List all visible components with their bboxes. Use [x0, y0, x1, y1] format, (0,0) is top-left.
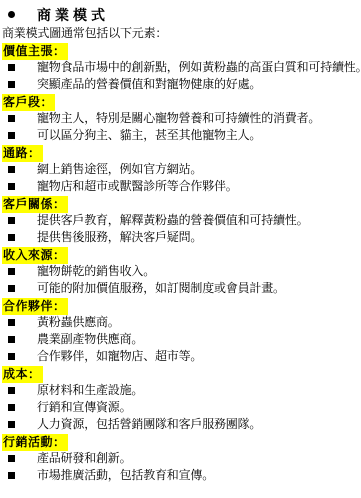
section-heading: 合作夥伴： — [2, 298, 68, 315]
section-heading: 收入來源： — [2, 247, 68, 264]
section-heading-row: 收入來源： — [2, 246, 359, 263]
square-bullet-icon — [8, 268, 15, 275]
list-item-text: 寵物店和超市或獸醫診所等合作夥伴。 — [37, 178, 238, 195]
square-bullet-icon — [8, 217, 15, 224]
list-item: 網上銷售途徑，例如官方網站。 — [2, 161, 359, 178]
section-heading: 成本： — [2, 366, 43, 383]
list-item-text: 寵物食品市場中的創新點，例如黃粉蟲的高蛋白質和可持續性。 — [37, 59, 361, 76]
list-item: 提供客戶教育，解釋黃粉蟲的營養價值和可持續性。 — [2, 212, 359, 229]
list-item: 突顯產品的營養價值和對寵物健康的好處。 — [2, 76, 359, 93]
list-item: 產品研發和創新。 — [2, 450, 359, 467]
list-item: 寵物食品市場中的創新點，例如黃粉蟲的高蛋白質和可持續性。 — [2, 59, 359, 76]
list-item: 提供售後服務，解決客戶疑問。 — [2, 229, 359, 246]
list-item: 原材料和生產設施。 — [2, 382, 359, 399]
list-item-text: 產品研發和創新。 — [37, 450, 131, 467]
list-item-text: 合作夥伴，如寵物店、超市等。 — [37, 348, 202, 365]
section-heading-row: 合作夥伴： — [2, 297, 359, 314]
square-bullet-icon — [8, 421, 15, 428]
section: 收入來源：寵物餅乾的銷售收入。可能的附加價值服務，如訂閱制度或會員計畫。 — [2, 246, 359, 297]
list-item: 行銷和宣傳資源。 — [2, 399, 359, 416]
circle-bullet-icon — [8, 11, 15, 18]
list-item-text: 提供客戶教育，解釋黃粉蟲的營養價值和可持續性。 — [37, 212, 308, 229]
square-bullet-icon — [8, 132, 15, 139]
square-bullet-icon — [8, 472, 15, 479]
section: 客戶關係：提供客戶教育，解釋黃粉蟲的營養價值和可持續性。提供售後服務，解決客戶疑… — [2, 195, 359, 246]
section-heading-row: 行銷活動： — [2, 433, 359, 450]
list-item: 寵物主人，特別是關心寵物營養和可持續性的消費者。 — [2, 110, 359, 127]
square-bullet-icon — [8, 387, 15, 394]
section: 合作夥伴：黃粉蟲供應商。農業副產物供應商。合作夥伴，如寵物店、超市等。 — [2, 297, 359, 365]
list-item-text: 提供售後服務，解決客戶疑問。 — [37, 229, 202, 246]
page-title: 商業模式 — [37, 5, 109, 25]
section: 價值主張：寵物食品市場中的創新點，例如黃粉蟲的高蛋白質和可持續性。突顯產品的營養… — [2, 42, 359, 93]
section: 成本：原材料和生產設施。行銷和宣傳資源。人力資源，包括營銷團隊和客戶服務團隊。 — [2, 365, 359, 433]
square-bullet-icon — [8, 183, 15, 190]
section-heading-row: 客戶段： — [2, 93, 359, 110]
list-item: 可以區分狗主、貓主，甚至其他寵物主人。 — [2, 127, 359, 144]
section-heading-row: 價值主張： — [2, 42, 359, 59]
section-heading-row: 通路： — [2, 144, 359, 161]
list-item: 人力資源，包括營銷團隊和客戶服務團隊。 — [2, 416, 359, 433]
list-item-text: 人力資源，包括營銷團隊和客戶服務團隊。 — [37, 416, 261, 433]
list-item-text: 可以區分狗主、貓主，甚至其他寵物主人。 — [37, 127, 261, 144]
list-item-text: 市場推廣活動，包括教育和宣傳。 — [37, 467, 214, 484]
section-heading: 客戶關係： — [2, 196, 68, 213]
document-page: 商業模式 商業模式圖通常包括以下元素： 價值主張：寵物食品市場中的創新點，例如黃… — [0, 0, 361, 498]
section-heading-row: 成本： — [2, 365, 359, 382]
section: 行銷活動：產品研發和創新。市場推廣活動，包括教育和宣傳。 — [2, 433, 359, 484]
square-bullet-icon — [8, 81, 15, 88]
square-bullet-icon — [8, 353, 15, 360]
section-heading: 客戶段： — [2, 94, 55, 111]
list-item-text: 黃粉蟲供應商。 — [37, 314, 120, 331]
list-item: 市場推廣活動，包括教育和宣傳。 — [2, 467, 359, 484]
list-item: 農業副產物供應商。 — [2, 331, 359, 348]
section-heading: 行銷活動： — [2, 434, 68, 451]
square-bullet-icon — [8, 166, 15, 173]
list-item-text: 行銷和宣傳資源。 — [37, 399, 131, 416]
section-heading: 通路： — [2, 145, 43, 162]
list-item: 可能的附加價值服務，如訂閱制度或會員計畫。 — [2, 280, 359, 297]
list-item-text: 原材料和生產設施。 — [37, 382, 143, 399]
list-item-text: 突顯產品的營養價值和對寵物健康的好處。 — [37, 76, 261, 93]
intro-text: 商業模式圖通常包括以下元素： — [2, 25, 359, 42]
square-bullet-icon — [8, 319, 15, 326]
section-heading-row: 客戶關係： — [2, 195, 359, 212]
square-bullet-icon — [8, 455, 15, 462]
list-item: 寵物店和超市或獸醫診所等合作夥伴。 — [2, 178, 359, 195]
square-bullet-icon — [8, 336, 15, 343]
list-item-text: 寵物餅乾的銷售收入。 — [37, 263, 155, 280]
list-item-text: 可能的附加價值服務，如訂閱制度或會員計畫。 — [37, 280, 285, 297]
section: 通路：網上銷售途徑，例如官方網站。寵物店和超市或獸醫診所等合作夥伴。 — [2, 144, 359, 195]
square-bullet-icon — [8, 64, 15, 71]
list-item-text: 農業副產物供應商。 — [37, 331, 143, 348]
list-item: 合作夥伴，如寵物店、超市等。 — [2, 348, 359, 365]
list-item-text: 寵物主人，特別是關心寵物營養和可持續性的消費者。 — [37, 110, 320, 127]
list-item: 寵物餅乾的銷售收入。 — [2, 263, 359, 280]
document-title-row: 商業模式 — [2, 4, 359, 25]
square-bullet-icon — [8, 234, 15, 241]
sections-container: 價值主張：寵物食品市場中的創新點，例如黃粉蟲的高蛋白質和可持續性。突顯產品的營養… — [2, 42, 359, 484]
square-bullet-icon — [8, 285, 15, 292]
list-item: 黃粉蟲供應商。 — [2, 314, 359, 331]
square-bullet-icon — [8, 115, 15, 122]
list-item-text: 網上銷售途徑，例如官方網站。 — [37, 161, 202, 178]
section: 客戶段：寵物主人，特別是關心寵物營養和可持續性的消費者。可以區分狗主、貓主，甚至… — [2, 93, 359, 144]
section-heading: 價值主張： — [2, 43, 68, 60]
square-bullet-icon — [8, 404, 15, 411]
